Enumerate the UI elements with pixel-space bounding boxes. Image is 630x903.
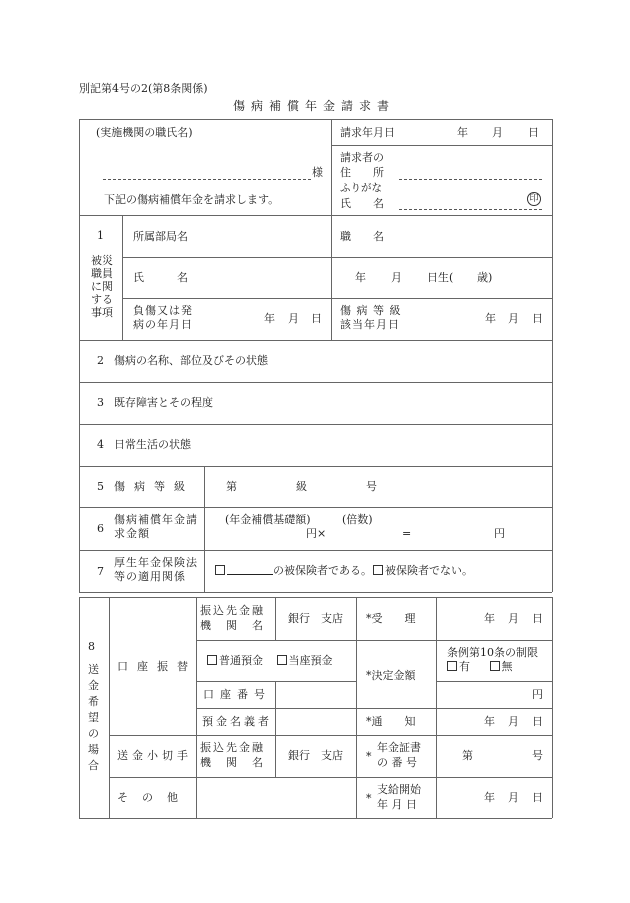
total-yen[interactable]: 円: [494, 527, 505, 541]
seal-icon: 印: [527, 192, 541, 206]
account-transfer-label: 口座振替: [117, 660, 197, 674]
start-day[interactable]: 日: [532, 791, 543, 805]
request-text: 下記の傷病補償年金を請求します。: [104, 193, 279, 207]
account-number-label: 口座番号: [203, 688, 271, 702]
section7-label: 厚生年金保険法 等の適用関係: [114, 556, 198, 584]
request-month[interactable]: 月: [492, 126, 503, 140]
age[interactable]: 歳): [477, 271, 492, 285]
other-label: その他: [117, 791, 192, 805]
furigana-label: ふりがな: [340, 182, 382, 195]
start-date-label: 支給開始 年 月 日: [377, 782, 421, 812]
yen-times[interactable]: 円×: [306, 527, 326, 541]
certificate-number[interactable]: 号: [532, 749, 543, 763]
section8-number: 8: [88, 640, 95, 654]
limit-no-checkbox[interactable]: [490, 661, 500, 671]
notice-month[interactable]: 月: [508, 715, 519, 729]
section1-title: 被災 職員 に関 する 事項: [91, 254, 115, 319]
bank-label-1: 振込先金融 機 関 名: [200, 603, 265, 633]
multiplier-label: (倍数): [342, 513, 373, 527]
department-label: 所属部局名: [133, 230, 188, 244]
section3-number: 3: [97, 396, 104, 410]
insured-checkbox[interactable]: [215, 565, 225, 575]
equals-sign: =: [402, 527, 411, 541]
injury-year[interactable]: 年: [264, 312, 275, 326]
section4-number: 4: [97, 438, 104, 452]
grade-prefix: 第: [226, 480, 237, 494]
section1-number: 1: [97, 229, 104, 243]
section2-label: 傷病の名称、部位及びその状態: [114, 354, 268, 368]
form-number: 別記第4号の2(第8条関係): [79, 82, 208, 96]
current-deposit-checkbox[interactable]: [277, 655, 287, 665]
grade-number[interactable]: 号: [366, 480, 377, 494]
name-label: 氏 名: [340, 197, 384, 211]
institution-label: (実施機関の職氏名): [96, 126, 193, 140]
section7-number: 7: [97, 565, 104, 579]
employee-name-label: 氏 名: [133, 271, 188, 285]
birth-month[interactable]: 月: [391, 271, 402, 285]
section2-number: 2: [97, 354, 104, 368]
grade-date-label: 傷 病 等 級 該当年月日: [340, 304, 402, 332]
bank-label-2: 振込先金融 機 関 名: [200, 740, 265, 770]
decided-amount-yen[interactable]: 円: [532, 688, 543, 702]
request-day[interactable]: 日: [528, 126, 539, 140]
received-month[interactable]: 月: [508, 612, 519, 626]
base-amount-label: (年金補償基礎額): [225, 513, 311, 527]
deposit-type-options[interactable]: 普通預金 当座預金: [207, 654, 333, 668]
certificate-label: 年金証書 の 番 号: [377, 740, 421, 770]
grade-month[interactable]: 月: [508, 312, 519, 326]
bank-branch-2[interactable]: 銀行 支店: [288, 749, 343, 763]
address-label-2: 住 所: [340, 166, 384, 180]
decided-amount-label: *決定金額: [366, 669, 416, 683]
notice-year[interactable]: 年: [484, 715, 495, 729]
notice-label: *通 知: [366, 715, 416, 729]
insurance-name-field[interactable]: [227, 564, 273, 575]
honorific: 様: [312, 166, 323, 180]
limit-yes-checkbox[interactable]: [447, 661, 457, 671]
remittance-check-label: 送金小切手: [117, 749, 192, 763]
section6-number: 6: [97, 522, 104, 536]
name-field[interactable]: [399, 209, 542, 210]
start-year[interactable]: 年: [484, 791, 495, 805]
not-insured-checkbox[interactable]: [373, 565, 383, 575]
request-year[interactable]: 年: [457, 126, 468, 140]
injury-date-label: 負傷又は発 病の年月日: [133, 304, 193, 332]
received-day[interactable]: 日: [532, 612, 543, 626]
grade-year[interactable]: 年: [485, 312, 496, 326]
insured-option[interactable]: の被保険者である。被保険者でない。: [215, 564, 473, 578]
injury-month[interactable]: 月: [288, 312, 299, 326]
section8-title: 送 金 希 望 の 場 合: [88, 662, 102, 774]
section4-label: 日常生活の状態: [114, 438, 191, 452]
start-date-asterisk: *: [366, 792, 372, 806]
notice-day[interactable]: 日: [532, 715, 543, 729]
request-date-label: 請求年月日: [340, 126, 395, 140]
received-year[interactable]: 年: [484, 612, 495, 626]
address-label-1: 請求者の: [340, 151, 384, 165]
ordinary-deposit-checkbox[interactable]: [207, 655, 217, 665]
institution-name-field[interactable]: [103, 179, 311, 180]
limit-label: 条例第10条の制限: [447, 646, 538, 660]
birth-day[interactable]: 日生(: [427, 271, 453, 285]
grade-day[interactable]: 日: [532, 312, 543, 326]
limit-options[interactable]: 有 無: [447, 660, 513, 674]
section6-label: 傷病補償年金請 求金額: [114, 513, 198, 541]
bank-branch-1[interactable]: 銀行 支店: [288, 612, 343, 626]
position-label: 職 名: [340, 230, 384, 244]
grade-level[interactable]: 級: [296, 480, 307, 494]
certificate-prefix: 第: [462, 749, 473, 763]
account-holder-label: 預金名義者: [202, 715, 272, 729]
section5-label: 傷病等級: [114, 480, 194, 494]
birth-year[interactable]: 年: [355, 271, 366, 285]
address-field[interactable]: [399, 179, 542, 180]
form-title: 傷病補償年金請求書: [233, 99, 395, 114]
received-label: *受 理: [366, 612, 416, 626]
certificate-asterisk: *: [366, 750, 372, 764]
start-month[interactable]: 月: [508, 791, 519, 805]
injury-day[interactable]: 日: [311, 312, 322, 326]
section3-label: 既存障害とその程度: [114, 396, 213, 410]
section5-number: 5: [97, 480, 104, 494]
